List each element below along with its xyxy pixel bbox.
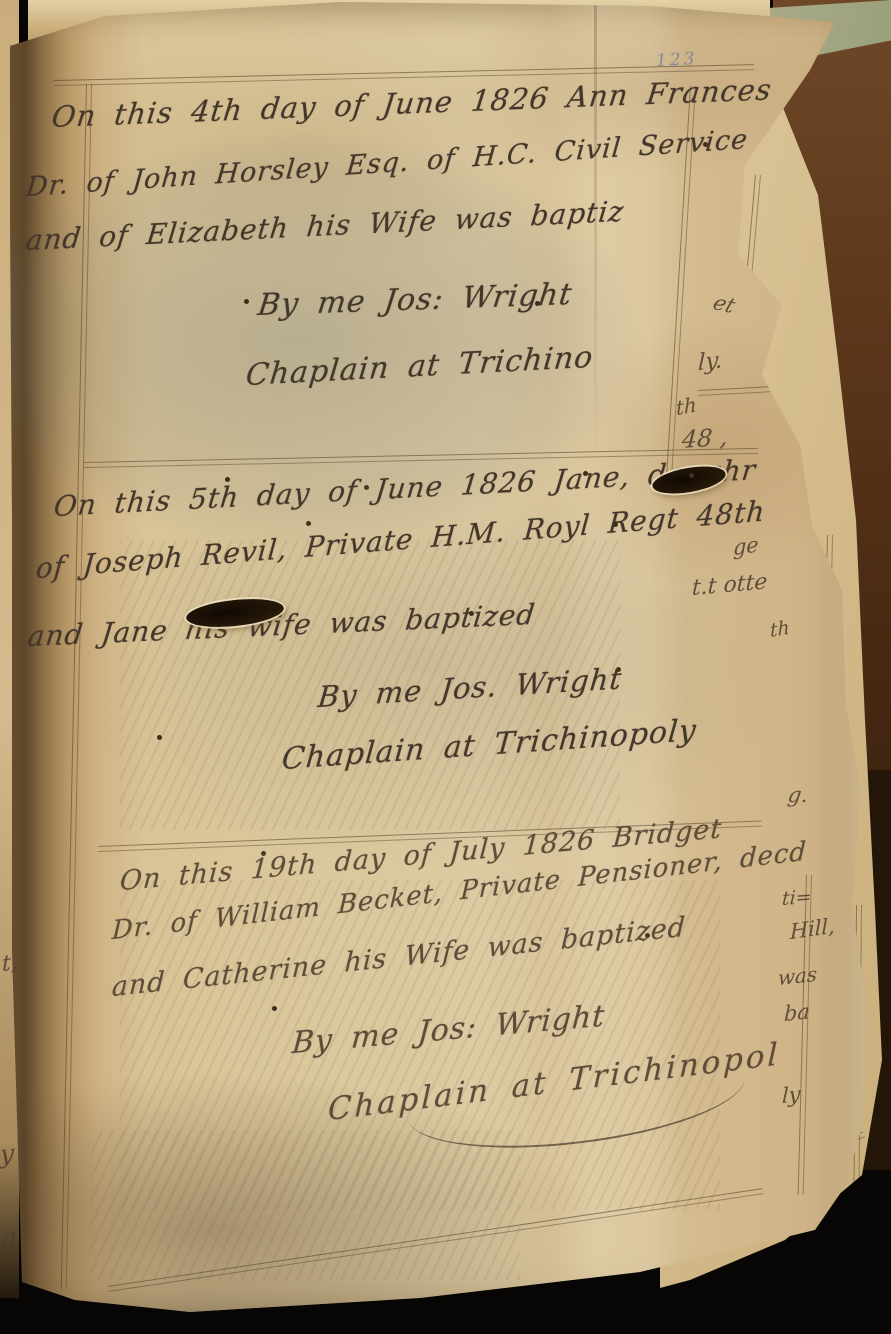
torn-edge-fragment: ge [733,532,759,560]
torn-edge-fragment: ly. [698,347,723,376]
torn-edge-fragment: ly [782,1082,801,1108]
torn-edge-fragment: ti= [781,886,812,910]
entry-2-signature-line: By me Jos. Wright [316,661,623,714]
torn-edge-fragment: th [770,616,790,642]
page-number: 123 [656,49,698,71]
photograph-of-register-page: 123 On this 4th day of June 1826 Ann Fra… [0,0,891,1334]
left-edge-fragment: y [0,1138,15,1169]
torn-edge-fragment: g. [786,783,809,807]
left-edge-fragment: t, [2,950,18,977]
torn-edge-fragment: t.t otte [691,569,768,601]
entry-1-signature-line: By me Jos: Wright [256,277,575,323]
entry-1-line-3: and of Elizabeth his Wife was baptiz [24,195,626,257]
torn-edge-fragment: ba [784,999,811,1026]
torn-edge-fragment: th [676,392,697,420]
entry-1-place-line: Chaplain at Trichino [244,340,595,393]
torn-edge-fragment: 48 , [681,423,729,454]
entry-2-place-line: Chaplain at Trichinopoly [280,713,698,777]
torn-edge-fragment: Hill, [790,914,835,945]
entry-1-line-2: Dr. of John Horsley Esq. of H.C. Civil S… [25,124,750,203]
torn-edge-fragment: et [710,291,739,318]
ruled-line-left [61,84,92,1289]
torn-edge-fragment: was [778,962,818,990]
register-page: 123 On this 4th day of June 1826 Ann Fra… [10,0,866,1330]
entry-3-signature-line: By me Jos: Wright [291,998,607,1061]
ruled-line-right-stub [698,386,770,396]
left-edge-fragment: g [2,1224,17,1251]
